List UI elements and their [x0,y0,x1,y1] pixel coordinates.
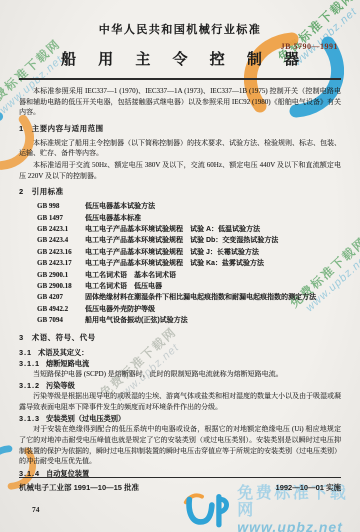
reference-title: 电工电子产品基本环境试验规程 试验 Ka：盐雾试验方法 [85,258,264,269]
term-label: 3.1.2 [19,381,40,390]
standard-number: JB 5790—1991 [281,42,338,51]
section-1-heading: 1 主要内容与适用范围 [19,123,341,134]
reference-code: GB 7094 [37,315,85,326]
page-number: 74 [32,505,40,514]
term-definition: 污染等级是根据出现导电的或吸湿的尘埃、游离气体或盐类和相对湿度的数量大小以及由于… [19,391,341,412]
reference-list: GB 998 低压电器基本试验方法 GB 1497 低压电器基本标准 GB 24… [37,201,341,326]
reference-code: GB 4207 [37,292,85,303]
section-1-paragraphs: 本标准规定了船用主令控制器（以下简称控制器）的技术要求、试验方法、检验规则、标志… [19,138,341,181]
term-list: 3.1术语及其定义： 3.1.1熔断短路电流 当短路保护电器 (SCPD) 是熔… [19,347,341,479]
reference-title: 低压电器基本试验方法 [85,201,155,212]
up-logo-icon [183,488,232,532]
footer: 机械电子工业部 1991—10—15 批准 1992—10—01 实施 [19,477,341,493]
reference-row: GB 2900.18 电工名词术语 低压电器 [37,281,341,292]
standard-org-line: 中华人民共和国机械行业标准 [19,0,341,37]
term-title: 术语及其定义： [38,348,88,357]
reference-code: GB 2900.1 [37,270,85,281]
paragraph: 本标准适用于交流 50Hz、额定电压 380V 及以下，交流 60Hz、额定电压… [19,160,341,181]
reference-title: 固体绝缘材料在潮湿条件下相比漏电起痕指数和耐漏电起痕指数的测定方法 [85,292,316,303]
reference-title: 低压电器基本标准 [85,213,141,224]
term-label: 3.1 [19,348,32,357]
document-title: 船 用 主 令 控 制 器 [19,48,341,69]
reference-code: GB 998 [37,201,85,212]
term-item: 3.1.2污染等级 污染等级是根据出现导电的或吸湿的尘埃、游离气体或盐类和相对湿… [19,380,341,412]
term-item: 3.1术语及其定义： [19,347,341,358]
reference-row: GB 7094 船用电气设备振动(正弦)试验方法 [37,315,341,326]
term-definition: 对于安装在绝缘得到配合的低压系统中的电器或设备，根据它的对地额定绝缘电压 (Ui… [19,424,341,466]
term-heading: 3.1.3安装类别（过电压类别） [19,413,341,424]
section-3-heading: 3 术语、符号、代号 [19,332,341,343]
paragraph: 本标准规定了船用主令控制器（以下简称控制器）的技术要求、试验方法、检验规则、标志… [19,138,341,159]
reference-title: 电工电子产品基本环境试验规程 试验 Db：交变湿热试验方法 [85,235,278,246]
reference-code: GB 4942.2 [37,304,85,315]
reference-code: GB 1497 [37,213,85,224]
term-item: 3.1.3安装类别（过电压类别） 对于安装在绝缘得到配合的低压系统中的电器或设备… [19,413,341,466]
reference-row: GB 4207 固体绝缘材料在潮湿条件下相比漏电起痕指数和耐漏电起痕指数的测定方… [37,292,341,303]
intro-paragraph: 本标准参照采用 IEC337—1 (1970)、IEC337—1A (1973)… [19,86,341,118]
term-heading: 3.1.2污染等级 [19,380,341,391]
header-divider [19,78,341,80]
reference-code: GB 2423.4 [37,235,85,246]
term-title: 熔断短路电流 [46,359,89,368]
term-label: 3.1.1 [19,359,40,368]
term-title: 安装类别（过电压类别） [46,414,125,423]
term-label: 3.1.3 [19,414,40,423]
reference-title: 电工电子产品基本环境试验规程 试验 A：低温试验方法 [85,224,260,235]
reference-code: GB 2423.16 [37,247,85,258]
term-heading: 3.1.1熔断短路电流 [19,358,341,369]
reference-title: 低压电器外壳防护等级 [85,304,155,315]
term-title: 污染等级 [46,381,75,390]
term-item: 3.1.1熔断短路电流 当短路保护电器 (SCPD) 是熔断器时，此时的限制短路… [19,358,341,380]
reference-row: GB 4942.2 低压电器外壳防护等级 [37,304,341,315]
reference-row: GB 998 低压电器基本试验方法 [37,201,341,212]
reference-title: 电工名词术语 低压电器 [85,281,162,292]
reference-row: GB 2423.1 电工电子产品基本环境试验规程 试验 A：低温试验方法 [37,224,341,235]
reference-row: GB 2900.1 电工名词术语 基本名词术语 [37,270,341,281]
reference-row: GB 1497 低压电器基本标准 [37,213,341,224]
reference-code: GB 2423.1 [37,224,85,235]
watermark-site-url: www.upbz.net [237,520,360,532]
reference-row: GB 2423.16 电工电子产品基本环境试验规程 试验 J：长霉试验方法 [37,247,341,258]
implementation-text: 1992—10—01 实施 [276,482,341,493]
reference-row: GB 2423.4 电工电子产品基本环境试验规程 试验 Db：交变湿热试验方法 [37,235,341,246]
reference-row: GB 2423.17 电工电子产品基本环境试验规程 试验 Ka：盐雾试验方法 [37,258,341,269]
reference-title: 电工电子产品基本环境试验规程 试验 J：长霉试验方法 [85,247,259,258]
approval-text: 机械电子工业部 1991—10—15 批准 [19,482,139,493]
term-definition: 当短路保护电器 (SCPD) 是熔断器时，此时的限制短路电流就称为熔断短路电流。 [19,369,341,380]
section-2-heading: 2 引用标准 [19,186,341,197]
reference-code: GB 2423.17 [37,258,85,269]
term-heading: 3.1术语及其定义： [19,347,341,358]
reference-title: 电工名词术语 基本名词术语 [85,270,176,281]
document-page: 免费标准下载网 www.upbz.net 免费标准下载网 www.upbz.ne… [0,0,360,532]
reference-code: GB 2900.18 [37,281,85,292]
reference-title: 船用电气设备振动(正弦)试验方法 [85,315,188,326]
